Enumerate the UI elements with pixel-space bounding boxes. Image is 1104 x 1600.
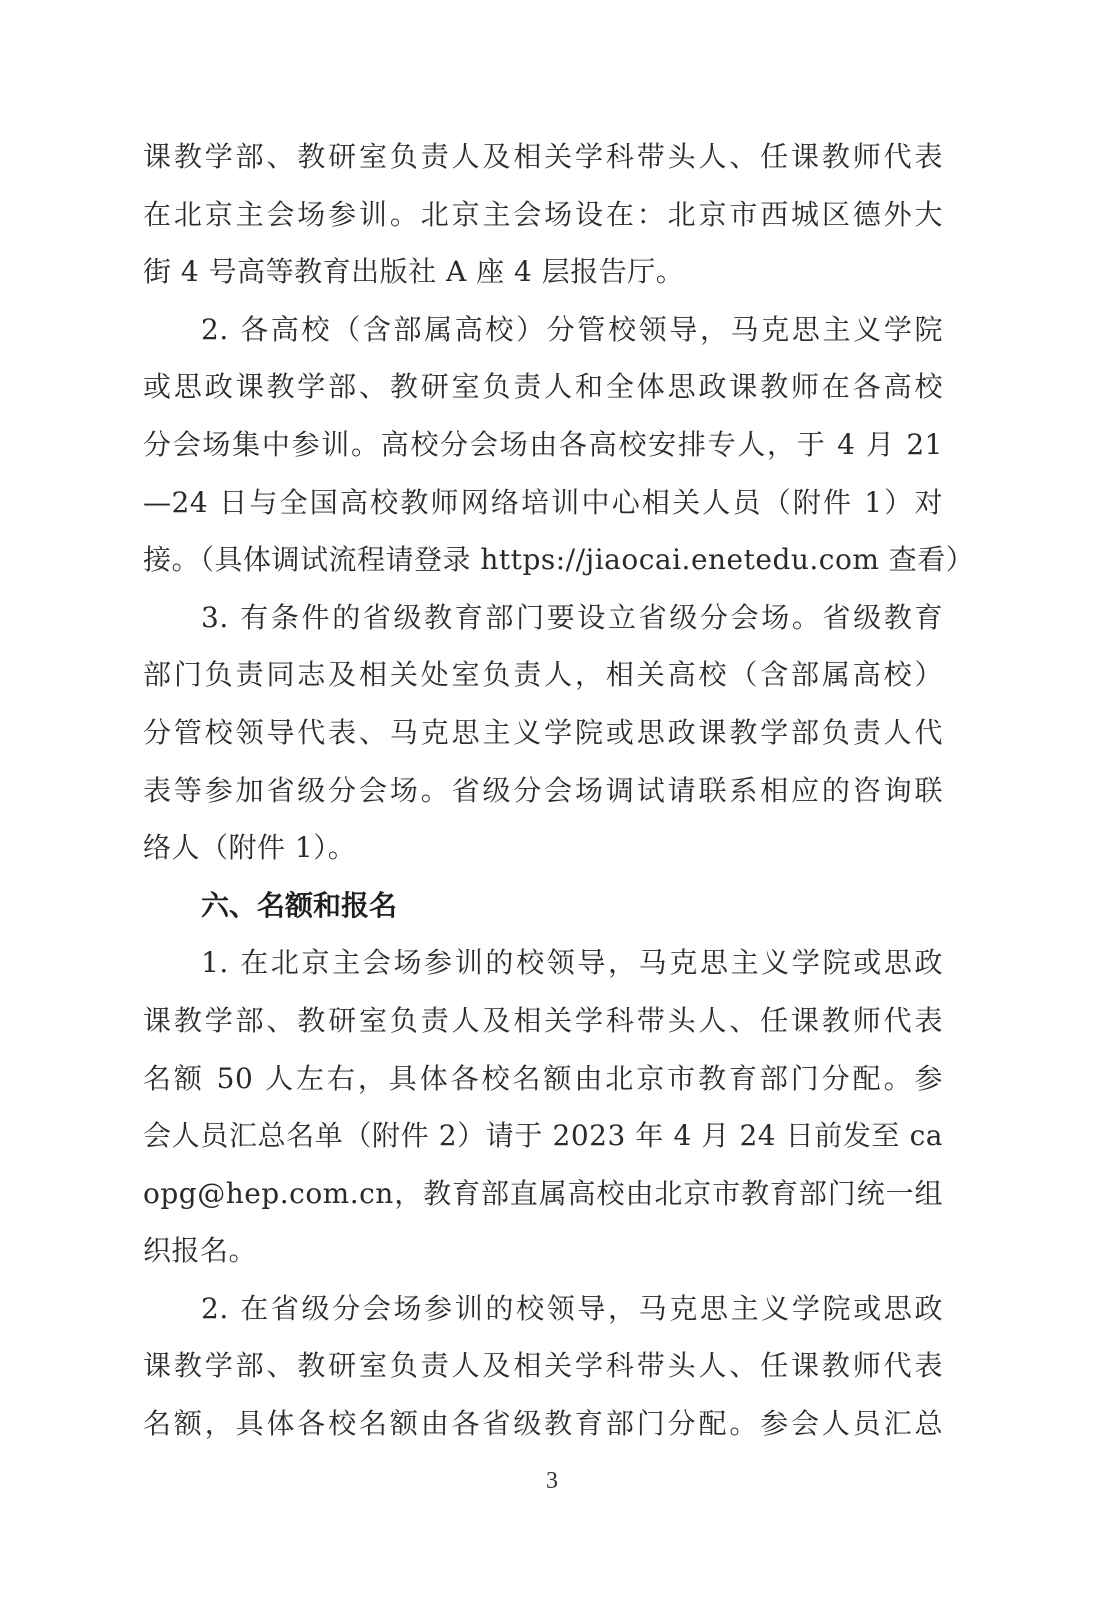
text-line: 名额 50 人左右，具体各校名额由北京市教育部门分配。参 [143,1050,943,1108]
text-line-with-email: opg@hep.com.cn，教育部直属高校由北京市教育部门统一组 [143,1165,943,1223]
text-line: 课教学部、教研室负责人及相关学科带头人、任课教师代表 [143,992,943,1050]
page-number: 3 [0,1468,1104,1495]
text-line: 在北京主会场参训。北京主会场设在：北京市西城区德外大 [143,186,943,244]
text-line: 或思政课教学部、教研室负责人和全体思政课教师在各高校 [143,358,943,416]
text-line: 织报名。 [143,1222,943,1280]
text-line: —24 日与全国高校教师网络培训中心相关人员（附件 1）对 [143,474,943,532]
text-line: 课教学部、教研室负责人及相关学科带头人、任课教师代表 [143,1337,943,1395]
text-line: 表等参加省级分会场。省级分会场调试请联系相应的咨询联 [143,762,943,820]
text-line: 会人员汇总名单（附件 2）请于 2023 年 4 月 24 日前发至 ca [143,1107,943,1165]
document-page: 课教学部、教研室负责人及相关学科带头人、任课教师代表 在北京主会场参训。北京主会… [143,128,943,1453]
text-line-item-2: 2. 在省级分会场参训的校领导，马克思主义学院或思政 [143,1280,943,1338]
text-line: 街 4 号高等教育出版社 A 座 4 层报告厅。 [143,243,943,301]
text-line-item-1: 1. 在北京主会场参训的校领导，马克思主义学院或思政 [143,934,943,992]
text-line: 部门负责同志及相关处室负责人，相关高校（含部属高校） [143,646,943,704]
text-line-with-url: 接。（具体调试流程请登录 https://jiaocai.enetedu.com… [143,531,943,589]
text-line: 分会场集中参训。高校分会场由各高校安排专人，于 4 月 21 [143,416,943,474]
text-line: 课教学部、教研室负责人及相关学科带头人、任课教师代表 [143,128,943,186]
text-line: 络人（附件 1）。 [143,819,943,877]
text-line: 名额，具体各校名额由各省级教育部门分配。参会人员汇总 [143,1395,943,1453]
text-line-item-2: 2. 各高校（含部属高校）分管校领导，马克思主义学院 [143,301,943,359]
text-line-item-3: 3. 有条件的省级教育部门要设立省级分会场。省级教育 [143,589,943,647]
section-heading: 六、名额和报名 [143,877,943,935]
text-line: 分管校领导代表、马克思主义学院或思政课教学部负责人代 [143,704,943,762]
